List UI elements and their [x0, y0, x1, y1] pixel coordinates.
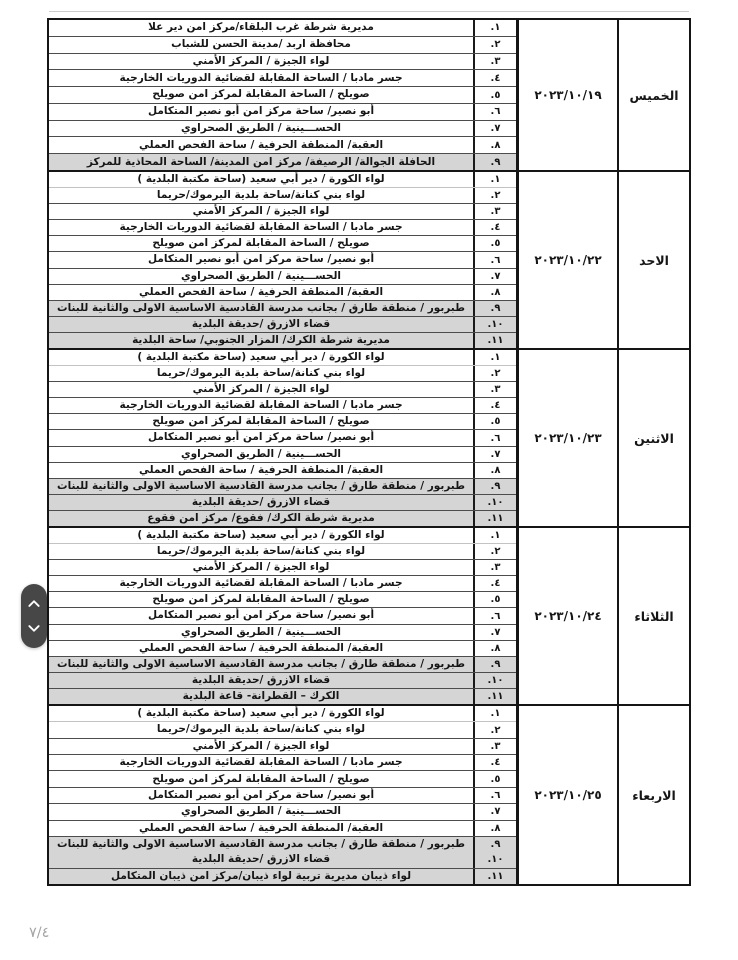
- row-number-cell: ٧.: [473, 804, 516, 819]
- row-number-cell: ١٠.: [473, 495, 516, 510]
- location-cell: صويلح / الساحة المقابلة لمركز امن صويلح: [49, 771, 473, 786]
- location-cell: لواء بني كنانة/ساحة بلدية اليرموك/حريما: [49, 544, 473, 559]
- schedule-row: جسر مادبا / الساحة المقابلة لقضائية الدو…: [49, 69, 516, 86]
- row-number-cell: ١١.: [473, 689, 516, 704]
- location-cell: صويلح / الساحة المقابلة لمركز امن صويلح: [49, 87, 473, 103]
- location-cell: جسر مادبا / الساحة المقابلة لقضائية الدو…: [49, 70, 473, 86]
- page-number: ٧/٤: [29, 925, 49, 941]
- location-cell: الحســـينية / الطريق الصحراوي: [49, 121, 473, 137]
- location-cell: طبربور / منطقة طارق / بجانب مدرسة القادس…: [49, 301, 473, 316]
- schedule-row: صويلح / الساحة المقابلة لمركز امن صويلح٥…: [49, 86, 516, 103]
- schedule-row: لواء الجيزة / المركز الأمني٣.: [49, 203, 516, 219]
- location-cell: الكرك – القطرانة- قاعة البلدية: [49, 689, 473, 704]
- schedule-table: مديرية شرطة غرب البلقاء/مركز امن دير علا…: [47, 18, 691, 886]
- location-cell: أبو نصير/ ساحة مركز امن أبو نصير المتكام…: [49, 104, 473, 120]
- location-cell: قضاء الازرق /حديقة البلدية: [49, 673, 473, 688]
- schedule-row: لواء الجيزة / المركز الأمني٣.: [49, 53, 516, 70]
- schedule-row: أبو نصير/ ساحة مركز امن أبو نصير المتكام…: [49, 251, 516, 267]
- schedule-row: العقبة/ المنطقة الحرفية / ساحة الفحص الع…: [49, 462, 516, 478]
- location-cell: مديرية شرطة غرب البلقاء/مركز امن دير علا: [49, 20, 473, 36]
- schedule-row: لواء بني كنانة/ساحة بلدية اليرموك/حريما٢…: [49, 543, 516, 559]
- schedule-row: لواء الجيزة / المركز الأمني٣.: [49, 738, 516, 754]
- row-number-cell: ٤.: [473, 70, 516, 86]
- location-cell: مديرية شرطة الكرك/ فقوع/ مركز امن فقوع: [49, 511, 473, 526]
- schedule-row: الحافلة الجوالة/ الرصيفة/ مركز امن المدي…: [49, 153, 516, 170]
- row-number-cell: ٥.: [473, 414, 516, 429]
- day-block: لواء الكورة / دير أبي سعيد (ساحة مكتبة ا…: [49, 704, 689, 884]
- row-number-cell: ٦.: [473, 252, 516, 267]
- row-number-cell: ٥.: [473, 87, 516, 103]
- schedule-row: لواء بني كنانة/ساحة بلدية اليرموك/حريما٢…: [49, 365, 516, 381]
- row-number-cell: ١.: [473, 350, 516, 365]
- schedule-row: أبو نصير/ ساحة مركز امن أبو نصير المتكام…: [49, 429, 516, 445]
- locations-column: لواء الكورة / دير أبي سعيد (ساحة مكتبة ا…: [49, 172, 519, 348]
- schedule-row: الحســـينية / الطريق الصحراوي٧.: [49, 624, 516, 640]
- date-cell: ٢٠٢٣/١٠/٢٣: [519, 350, 619, 526]
- schedule-row: صويلح / الساحة المقابلة لمركز امن صويلح٥…: [49, 413, 516, 429]
- location-cell: جسر مادبا / الساحة المقابلة لقضائية الدو…: [49, 398, 473, 413]
- row-number-cell: ٩.١٠.: [473, 837, 516, 868]
- row-number-cell: ٦.: [473, 788, 516, 803]
- location-cell: صويلح / الساحة المقابلة لمركز امن صويلح: [49, 414, 473, 429]
- schedule-row: العقبة/ المنطقة الحرفية / ساحة الفحص الع…: [49, 136, 516, 153]
- schedule-row: جسر مادبا / الساحة المقابلة لقضائية الدو…: [49, 575, 516, 591]
- schedule-row: لواء ذيبان مديرية تربية لواء ذيبان/مركز …: [49, 868, 516, 884]
- day-block: مديرية شرطة غرب البلقاء/مركز امن دير علا…: [49, 20, 689, 170]
- row-number: ٩.: [475, 837, 516, 852]
- location-cell: جسر مادبا / الساحة المقابلة لقضائية الدو…: [49, 755, 473, 770]
- location-cell: أبو نصير/ ساحة مركز امن أبو نصير المتكام…: [49, 608, 473, 623]
- schedule-row: جسر مادبا / الساحة المقابلة لقضائية الدو…: [49, 754, 516, 770]
- chevron-up-icon: [27, 598, 41, 608]
- location-cell: قضاء الازرق /حديقة البلدية: [49, 317, 473, 332]
- row-number-cell: ٤.: [473, 576, 516, 591]
- schedule-row: طبربور / منطقة طارق / بجانب مدرسة القادس…: [49, 300, 516, 316]
- location-cell: أبو نصير/ ساحة مركز امن أبو نصير المتكام…: [49, 252, 473, 267]
- location-cell: لواء الجيزة / المركز الأمني: [49, 204, 473, 219]
- location-cell: لواء الكورة / دير أبي سعيد (ساحة مكتبة ا…: [49, 350, 473, 365]
- schedule-row: لواء الكورة / دير أبي سعيد (ساحة مكتبة ا…: [49, 172, 516, 187]
- row-number-cell: ٧.: [473, 447, 516, 462]
- schedule-row: أبو نصير/ ساحة مركز امن أبو نصير المتكام…: [49, 607, 516, 623]
- date-cell: ٢٠٢٣/١٠/٢٢: [519, 172, 619, 348]
- row-number-cell: ٣.: [473, 560, 516, 575]
- day-cell: الاربعاء: [619, 706, 689, 884]
- schedule-row: قضاء الازرق /حديقة البلدية١٠.: [49, 672, 516, 688]
- row-number-cell: ٧.: [473, 625, 516, 640]
- location-cell: صويلح / الساحة المقابلة لمركز امن صويلح: [49, 592, 473, 607]
- scan-cutoff-line: [49, 11, 689, 12]
- location-cell: أبو نصير/ ساحة مركز امن أبو نصير المتكام…: [49, 430, 473, 445]
- location-text: طبربور / منطقة طارق / بجانب مدرسة القادس…: [54, 837, 468, 852]
- row-number-cell: ٢.: [473, 544, 516, 559]
- row-number-cell: ٦.: [473, 608, 516, 623]
- row-number-cell: ١.: [473, 20, 516, 36]
- schedule-row: طبربور / منطقة طارق / بجانب مدرسة القادس…: [49, 478, 516, 494]
- location-cell: الحســـينية / الطريق الصحراوي: [49, 625, 473, 640]
- day-cell: الاثنين: [619, 350, 689, 526]
- row-number-cell: ٩.: [473, 657, 516, 672]
- location-cell: قضاء الازرق /حديقة البلدية: [49, 495, 473, 510]
- location-cell: لواء بني كنانة/ساحة بلدية اليرموك/حريما: [49, 188, 473, 203]
- schedule-row: الحســـينية / الطريق الصحراوي٧.: [49, 803, 516, 819]
- row-number-cell: ٣.: [473, 382, 516, 397]
- location-cell: لواء ذيبان مديرية تربية لواء ذيبان/مركز …: [49, 869, 473, 884]
- location-cell: طبربور / منطقة طارق / بجانب مدرسة القادس…: [49, 837, 473, 868]
- schedule-row: مديرية شرطة غرب البلقاء/مركز امن دير علا…: [49, 20, 516, 36]
- row-number-cell: ٨.: [473, 641, 516, 656]
- location-cell: لواء الجيزة / المركز الأمني: [49, 560, 473, 575]
- row-number-cell: ٣.: [473, 739, 516, 754]
- locations-column: مديرية شرطة غرب البلقاء/مركز امن دير علا…: [49, 20, 519, 170]
- schedule-row: جسر مادبا / الساحة المقابلة لقضائية الدو…: [49, 219, 516, 235]
- row-number-cell: ٧.: [473, 121, 516, 137]
- location-cell: جسر مادبا / الساحة المقابلة لقضائية الدو…: [49, 576, 473, 591]
- day-cell: الثلاثاء: [619, 528, 689, 704]
- row-number-cell: ٢.: [473, 37, 516, 53]
- date-cell: ٢٠٢٣/١٠/٢٥: [519, 706, 619, 884]
- schedule-row: صويلح / الساحة المقابلة لمركز امن صويلح٥…: [49, 591, 516, 607]
- location-cell: محافظة اربد /مدينة الحسن للشباب: [49, 37, 473, 53]
- schedule-row: لواء الكورة / دير أبي سعيد (ساحة مكتبة ا…: [49, 528, 516, 543]
- row-number-cell: ٩.: [473, 301, 516, 316]
- location-cell: العقبة/ المنطقة الحرفية / ساحة الفحص الع…: [49, 641, 473, 656]
- row-number-cell: ٣.: [473, 54, 516, 70]
- location-cell: الحســـينية / الطريق الصحراوي: [49, 447, 473, 462]
- schedule-row: صويلح / الساحة المقابلة لمركز امن صويلح٥…: [49, 770, 516, 786]
- locations-column: لواء الكورة / دير أبي سعيد (ساحة مكتبة ا…: [49, 350, 519, 526]
- row-number-cell: ٥.: [473, 592, 516, 607]
- location-cell: لواء الكورة / دير أبي سعيد (ساحة مكتبة ا…: [49, 172, 473, 187]
- chevron-down-icon: [27, 624, 41, 634]
- row-number-cell: ٢.: [473, 188, 516, 203]
- locations-column: لواء الكورة / دير أبي سعيد (ساحة مكتبة ا…: [49, 706, 519, 884]
- schedule-row: العقبة/ المنطقة الحرفية / ساحة الفحص الع…: [49, 284, 516, 300]
- row-number-cell: ٨.: [473, 285, 516, 300]
- row-number-cell: ١١.: [473, 511, 516, 526]
- schedule-row: مديرية شرطة الكرك/ فقوع/ مركز امن فقوع١١…: [49, 510, 516, 526]
- row-number-cell: ١٠.: [473, 673, 516, 688]
- schedule-row: الحســـينية / الطريق الصحراوي٧.: [49, 120, 516, 137]
- row-number-cell: ٨.: [473, 821, 516, 836]
- schedule-row: العقبة/ المنطقة الحرفية / ساحة الفحص الع…: [49, 820, 516, 836]
- location-cell: العقبة/ المنطقة الحرفية / ساحة الفحص الع…: [49, 821, 473, 836]
- schedule-row: لواء بني كنانة/ساحة بلدية اليرموك/حريما٢…: [49, 721, 516, 737]
- location-cell: لواء بني كنانة/ساحة بلدية اليرموك/حريما: [49, 722, 473, 737]
- row-number-cell: ٤.: [473, 755, 516, 770]
- location-cell: العقبة/ المنطقة الحرفية / ساحة الفحص الع…: [49, 137, 473, 153]
- location-cell: العقبة/ المنطقة الحرفية / ساحة الفحص الع…: [49, 463, 473, 478]
- scroll-up-button[interactable]: [21, 593, 47, 613]
- schedule-row: جسر مادبا / الساحة المقابلة لقضائية الدو…: [49, 397, 516, 413]
- location-cell: الحافلة الجوالة/ الرصيفة/ مركز امن المدي…: [49, 154, 473, 170]
- location-cell: طبربور / منطقة طارق / بجانب مدرسة القادس…: [49, 657, 473, 672]
- location-cell: لواء بني كنانة/ساحة بلدية اليرموك/حريما: [49, 366, 473, 381]
- date-cell: ٢٠٢٣/١٠/١٩: [519, 20, 619, 170]
- row-number: ١٠.: [475, 852, 516, 867]
- schedule-row: لواء الكورة / دير أبي سعيد (ساحة مكتبة ا…: [49, 706, 516, 721]
- schedule-row: الكرك – القطرانة- قاعة البلدية١١.: [49, 688, 516, 704]
- row-number-cell: ٣.: [473, 204, 516, 219]
- schedule-row: الحســـينية / الطريق الصحراوي٧.: [49, 268, 516, 284]
- location-cell: صويلح / الساحة المقابلة لمركز امن صويلح: [49, 236, 473, 251]
- row-number-cell: ١٠.: [473, 317, 516, 332]
- schedule-row: قضاء الازرق /حديقة البلدية١٠.: [49, 494, 516, 510]
- row-number-cell: ١.: [473, 528, 516, 543]
- schedule-row: لواء بني كنانة/ساحة بلدية اليرموك/حريما٢…: [49, 187, 516, 203]
- row-number-cell: ٥.: [473, 236, 516, 251]
- location-cell: لواء الكورة / دير أبي سعيد (ساحة مكتبة ا…: [49, 528, 473, 543]
- location-cell: لواء الكورة / دير أبي سعيد (ساحة مكتبة ا…: [49, 706, 473, 721]
- row-number-cell: ٨.: [473, 463, 516, 478]
- location-cell: لواء الجيزة / المركز الأمني: [49, 54, 473, 70]
- row-number-cell: ١١.: [473, 333, 516, 348]
- schedule-row: مديرية شرطة الكرك/ المزار الجنوبي/ ساحة …: [49, 332, 516, 348]
- location-cell: الحســـينية / الطريق الصحراوي: [49, 269, 473, 284]
- day-block: لواء الكورة / دير أبي سعيد (ساحة مكتبة ا…: [49, 526, 689, 704]
- location-cell: لواء الجيزة / المركز الأمني: [49, 739, 473, 754]
- schedule-row: طبربور / منطقة طارق / بجانب مدرسة القادس…: [49, 836, 516, 868]
- schedule-row: العقبة/ المنطقة الحرفية / ساحة الفحص الع…: [49, 640, 516, 656]
- location-cell: مديرية شرطة الكرك/ المزار الجنوبي/ ساحة …: [49, 333, 473, 348]
- day-cell: الاحد: [619, 172, 689, 348]
- schedule-row: قضاء الازرق /حديقة البلدية١٠.: [49, 316, 516, 332]
- row-number-cell: ١.: [473, 172, 516, 187]
- day-block: لواء الكورة / دير أبي سعيد (ساحة مكتبة ا…: [49, 170, 689, 348]
- scroll-widget: [21, 584, 47, 648]
- locations-column: لواء الكورة / دير أبي سعيد (ساحة مكتبة ا…: [49, 528, 519, 704]
- schedule-row: لواء الكورة / دير أبي سعيد (ساحة مكتبة ا…: [49, 350, 516, 365]
- row-number-cell: ٦.: [473, 104, 516, 120]
- location-cell: العقبة/ المنطقة الحرفية / ساحة الفحص الع…: [49, 285, 473, 300]
- row-number-cell: ٤.: [473, 398, 516, 413]
- schedule-row: أبو نصير/ ساحة مركز امن أبو نصير المتكام…: [49, 787, 516, 803]
- row-number-cell: ٢.: [473, 366, 516, 381]
- location-cell: جسر مادبا / الساحة المقابلة لقضائية الدو…: [49, 220, 473, 235]
- row-number-cell: ٨.: [473, 137, 516, 153]
- location-cell: لواء الجيزة / المركز الأمني: [49, 382, 473, 397]
- row-number-cell: ٦.: [473, 430, 516, 445]
- schedule-row: الحســـينية / الطريق الصحراوي٧.: [49, 446, 516, 462]
- date-cell: ٢٠٢٣/١٠/٢٤: [519, 528, 619, 704]
- row-number-cell: ٩.: [473, 154, 516, 170]
- day-cell: الخميس: [619, 20, 689, 170]
- schedule-row: صويلح / الساحة المقابلة لمركز امن صويلح٥…: [49, 235, 516, 251]
- schedule-row: طبربور / منطقة طارق / بجانب مدرسة القادس…: [49, 656, 516, 672]
- row-number-cell: ٩.: [473, 479, 516, 494]
- row-number-cell: ٥.: [473, 771, 516, 786]
- row-number-cell: ٤.: [473, 220, 516, 235]
- row-number-cell: ١.: [473, 706, 516, 721]
- row-number-cell: ٧.: [473, 269, 516, 284]
- scroll-down-button[interactable]: [21, 619, 47, 639]
- schedule-row: لواء الجيزة / المركز الأمني٣.: [49, 381, 516, 397]
- location-cell: أبو نصير/ ساحة مركز امن أبو نصير المتكام…: [49, 788, 473, 803]
- schedule-row: لواء الجيزة / المركز الأمني٣.: [49, 559, 516, 575]
- location-cell: طبربور / منطقة طارق / بجانب مدرسة القادس…: [49, 479, 473, 494]
- schedule-row: أبو نصير/ ساحة مركز امن أبو نصير المتكام…: [49, 103, 516, 120]
- row-number-cell: ١١.: [473, 869, 516, 884]
- schedule-row: محافظة اربد /مدينة الحسن للشباب٢.: [49, 36, 516, 53]
- location-text: قضاء الازرق /حديقة البلدية: [54, 852, 468, 867]
- day-block: لواء الكورة / دير أبي سعيد (ساحة مكتبة ا…: [49, 348, 689, 526]
- location-cell: الحســـينية / الطريق الصحراوي: [49, 804, 473, 819]
- row-number-cell: ٢.: [473, 722, 516, 737]
